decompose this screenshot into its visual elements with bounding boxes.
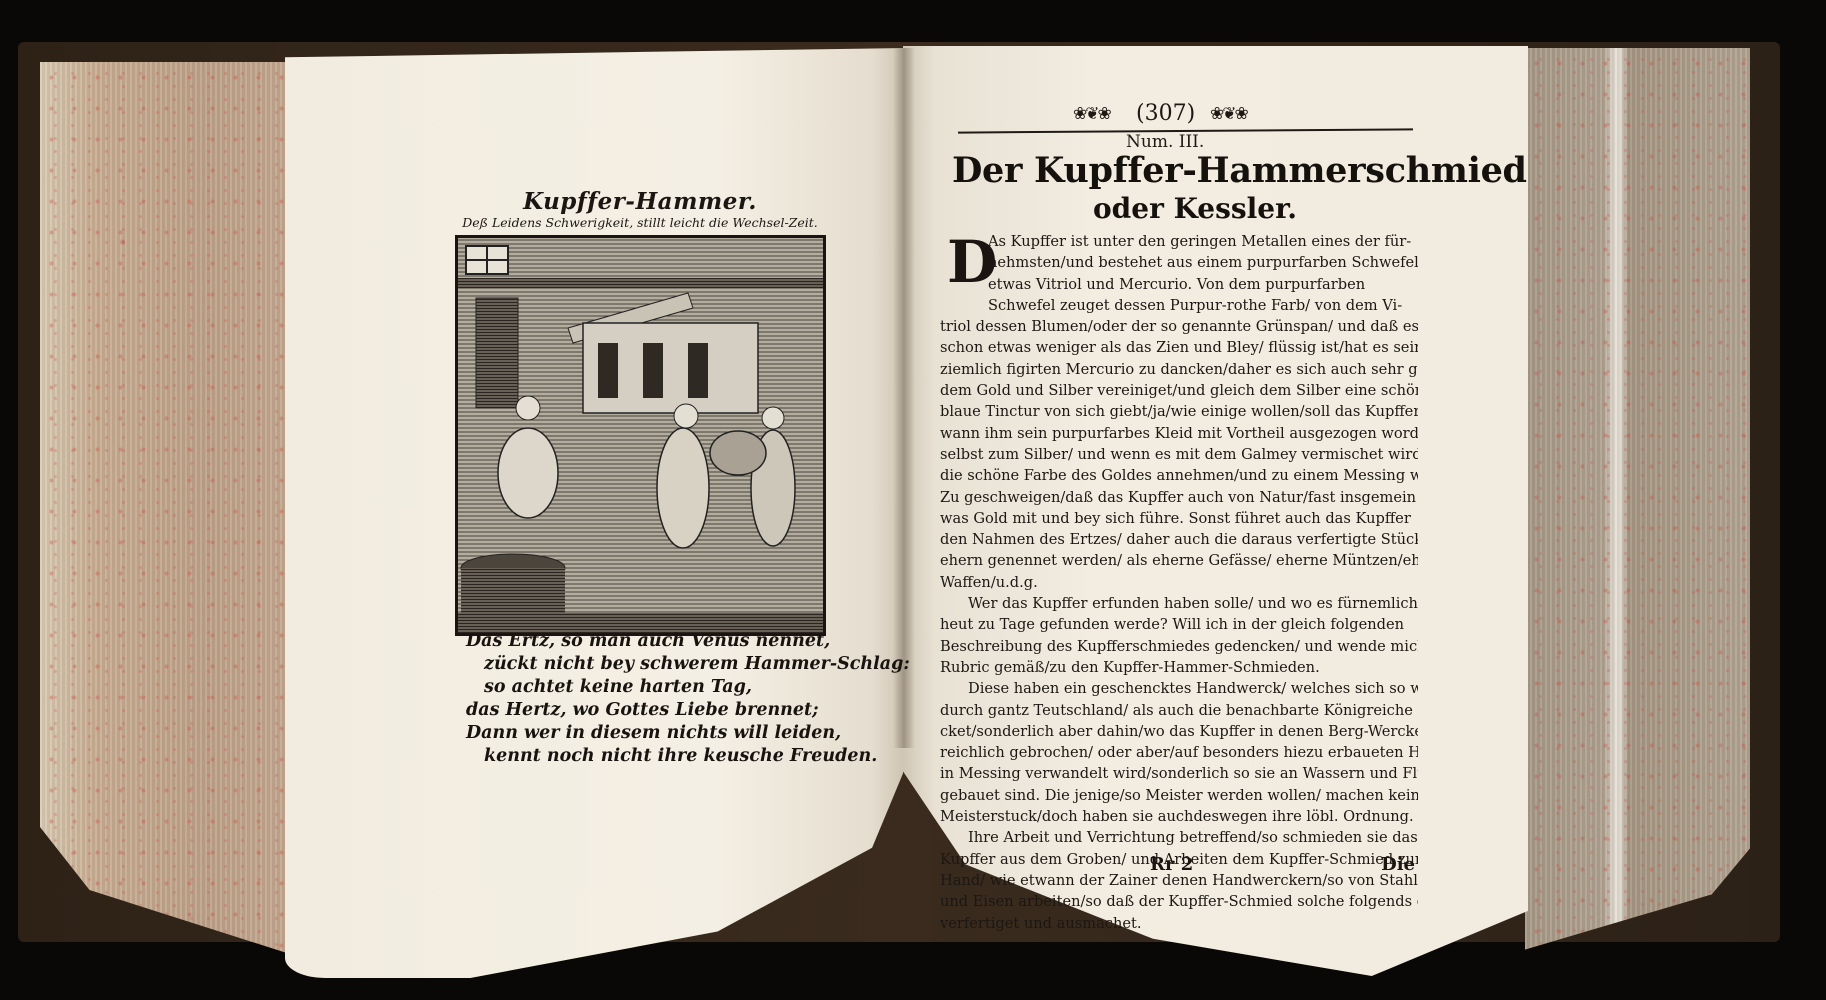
poem-line: so achtet keine harten Tag, — [466, 676, 836, 699]
chapter-subtitle: oder Kessler. — [1093, 192, 1297, 225]
poem-line: Dann wer in diesem nichts will leiden, — [466, 722, 836, 745]
text-line: Meisterstuck/doch haben sie auchdeswegen… — [940, 806, 1418, 827]
poem-line: kennt noch nicht ihre keusche Freuden. — [466, 745, 836, 768]
text-line: Rubric gemäß/zu den Kupffer-Hammer-Schmi… — [940, 657, 1418, 678]
text-line: ziemlich figirten Mercurio zu dancken/da… — [940, 359, 1418, 380]
poem-line: zückt nicht bey schwerem Hammer-Schlag: — [466, 653, 836, 676]
text-line: Waffen/u.d.g. — [940, 572, 1418, 593]
section-number: Num. III. — [1126, 132, 1204, 152]
speckle-pattern — [1525, 48, 1750, 968]
text-line: heut zu Tage gefunden werde? Will ich in… — [940, 614, 1418, 635]
text-line: dem Gold und Silber vereiniget/und gleic… — [940, 380, 1418, 401]
text-line: cket/sonderlich aber dahin/wo das Kupffe… — [940, 721, 1418, 742]
catchword: Die — [1381, 854, 1415, 875]
right-fore-edge — [1525, 48, 1750, 968]
running-head: ❀❦❀ (307) ❀❦❀ — [958, 100, 1418, 128]
chapter-title: Der Kupffer-Hammerschmied — [952, 150, 1422, 191]
text-line: Diese haben ein geschencktes Handwerck/ … — [940, 678, 1418, 699]
text-line: in Messing verwandelt wird/sonderlich so… — [940, 763, 1418, 784]
text-line: was Gold mit und bey sich führe. Sonst f… — [940, 508, 1418, 529]
text-line: die schöne Farbe des Goldes annehmen/und… — [940, 465, 1418, 486]
text-line: durch gantz Teutschland/ als auch die be… — [940, 700, 1418, 721]
text-line: Schwefel zeuget dessen Purpur-rothe Farb… — [940, 295, 1418, 316]
text-line: verfertiget und ausmachet. — [940, 913, 1418, 934]
text-line: blaue Tinctur von sich giebt/ja/wie eini… — [940, 401, 1418, 422]
engraving-illustration — [455, 235, 826, 636]
text-line: Wer das Kupffer erfunden haben solle/ un… — [940, 593, 1418, 614]
book-gutter — [893, 48, 915, 748]
signature-mark: Rr 2 — [1150, 854, 1193, 875]
text-line: den Nahmen des Ertzes/ daher auch die da… — [940, 529, 1418, 550]
poem-line: Das Ertz, so man auch Venus nennet, — [466, 630, 836, 653]
text-line: Zu geschweigen/daß das Kupffer auch von … — [940, 487, 1418, 508]
text-line: triol dessen Blumen/oder der so genannte… — [940, 316, 1418, 337]
text-line: gebauet sind. Die jenige/so Meister werd… — [940, 785, 1418, 806]
text-line: schon etwas weniger als das Zien und Ble… — [940, 337, 1418, 358]
ornament-icon: ❀❦❀ — [1210, 104, 1247, 124]
engraving-title: Kupffer-Hammer. — [490, 188, 790, 215]
ornament-icon: ❀❦❀ — [1073, 104, 1110, 124]
copper-hammer-workshop-image — [458, 238, 823, 633]
text-line: As Kupffer ist unter den geringen Metall… — [940, 231, 1418, 252]
poem-line: das Hertz, wo Gottes Liebe brennet; — [466, 699, 836, 722]
text-line: selbst zum Silber/ und wenn es mit dem G… — [940, 444, 1418, 465]
text-line: etwas Vitriol und Mercurio. Von dem purp… — [940, 274, 1418, 295]
text-line: Ihre Arbeit und Verrichtung betreffend/s… — [940, 827, 1418, 848]
page-number: (307) — [1136, 101, 1195, 126]
text-line: Beschreibung des Kupfferschmiedes gedenc… — [940, 636, 1418, 657]
text-line: nehmsten/und bestehet aus einem purpurfa… — [940, 252, 1418, 273]
engraving-motto: Deß Leidens Schwerigkeit, stillt leicht … — [455, 215, 825, 230]
speckle-pattern — [40, 62, 315, 962]
engraving-poem: Das Ertz, so man auch Venus nennet, zück… — [466, 630, 836, 768]
left-fore-edge — [40, 62, 315, 962]
text-line: ehern genennet werden/ als eherne Gefäss… — [940, 550, 1418, 571]
text-line: und Eisen arbeiten/so daß der Kupffer-Sc… — [940, 891, 1418, 912]
text-line: wann ihm sein purpurfarbes Kleid mit Vor… — [940, 423, 1418, 444]
text-line: reichlich gebrochen/ oder aber/auf beson… — [940, 742, 1418, 763]
body-text: As Kupffer ist unter den geringen Metall… — [940, 231, 1418, 934]
